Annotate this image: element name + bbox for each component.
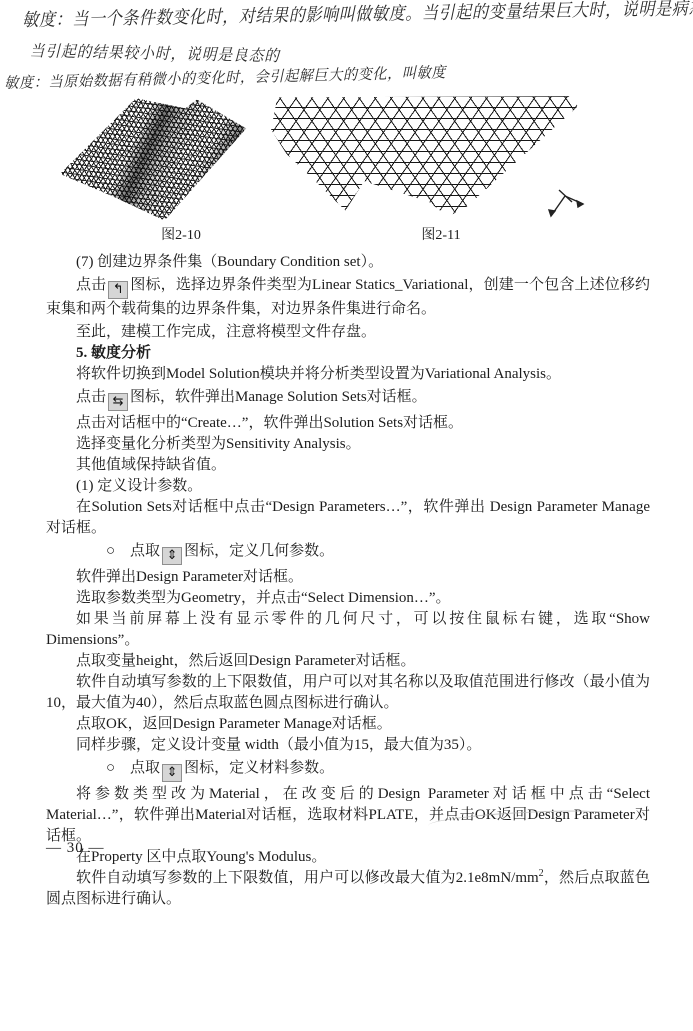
paragraph: ○ 点取⇕图标，定义几何参数。 <box>46 541 650 565</box>
text-run: 将软件切换到Model Solution模块并将分析类型设置为Variation… <box>76 366 561 382</box>
page-number: — 30 — <box>46 840 105 857</box>
text-run: 选择变量化分析类型为Sensitivity Analysis。 <box>76 436 361 452</box>
text-run: ○ 点取 <box>106 543 160 559</box>
paragraph: ○ 点取⇕图标，定义材料参数。 <box>46 758 650 782</box>
text-run: 点击 <box>76 277 106 293</box>
paragraph: (1) 定义设计参数。 <box>46 476 650 497</box>
paragraph: 点击⇆图标，软件弹出Manage Solution Sets对话框。 <box>46 387 650 411</box>
text-run: 图标，选择边界条件类型为Linear Statics_Variational，创… <box>46 277 650 317</box>
text-run: 点取变量height，然后返回Design Parameter对话框。 <box>76 653 416 669</box>
paragraph: 点击对话框中的“Create…”，软件弹出Solution Sets对话框。 <box>46 413 650 434</box>
text-run: 同样步骤，定义设计变量 width（最小值为15，最大值为35）。 <box>76 737 481 753</box>
paragraph: 点取OK，返回Design Parameter Manage对话框。 <box>46 714 650 735</box>
text-run: 在Property 区中点取Young's Modulus。 <box>76 849 326 865</box>
paragraph: 选取参数类型为Geometry，并点击“Select Dimension…”。 <box>46 588 650 609</box>
text-run: (7) 创建边界条件集（Boundary Condition set）。 <box>76 254 383 270</box>
text-run: 选取参数类型为Geometry，并点击“Select Dimension…”。 <box>76 590 451 606</box>
geometry-parameter-icon: ⇕ <box>162 547 182 565</box>
text-run: 点击 <box>76 389 106 405</box>
text-run: 其他值域保持缺省值。 <box>76 457 226 473</box>
boundary-set-icon: ↰ <box>108 281 128 299</box>
text-run: (1) 定义设计参数。 <box>76 478 202 494</box>
paragraph: 至此，建模工作完成，注意将模型文件存盘。 <box>46 322 650 343</box>
text-run: 点击对话框中的“Create…”，软件弹出Solution Sets对话框。 <box>76 415 463 431</box>
manage-solution-sets-icon: ⇆ <box>108 393 128 411</box>
paragraph: 在Property 区中点取Young's Modulus。 <box>46 847 650 868</box>
text-run: 如果当前屏幕上没有显示零件的几何尺寸，可以按住鼠标右键，选取“Show Dime… <box>46 611 650 648</box>
paragraph: 同样步骤，定义设计变量 width（最小值为15，最大值为35）。 <box>46 735 650 756</box>
text-run: ○ 点取 <box>106 760 160 776</box>
paragraph: 其他值域保持缺省值。 <box>46 455 650 476</box>
text-run: 至此，建模工作完成，注意将模型文件存盘。 <box>76 324 376 340</box>
paragraph: 将软件切换到Model Solution模块并将分析类型设置为Variation… <box>46 364 650 385</box>
paragraph: 软件弹出Design Parameter对话框。 <box>46 567 650 588</box>
text-run: 软件自动填写参数的上下限数值，用户可以修改最大值为2.1e8mN/mm <box>76 870 539 886</box>
handwritten-note-line: 当引起的结果较小时，说明是良态的 <box>30 38 281 66</box>
paragraph: 在Solution Sets对话框中点击“Design Parameters…”… <box>46 497 650 539</box>
text-run: 软件自动填写参数的上下限数值，用户可以对其名称以及取值范围进行修改（最小值为10… <box>46 674 650 711</box>
text-run: 图标，定义几何参数。 <box>184 543 334 559</box>
material-parameter-icon: ⇕ <box>162 764 182 782</box>
paragraph: 选择变量化分析类型为Sensitivity Analysis。 <box>46 434 650 455</box>
paragraph: 软件自动填写参数的上下限数值，用户可以修改最大值为2.1e8mN/mm2，然后点… <box>46 868 650 910</box>
text-run: 点取OK，返回Design Parameter Manage对话框。 <box>76 716 392 732</box>
scanned-page: 敏度：当一个条件数变化时，对结果的影响叫做敏度。当引起的变量结果巨大时，说明是病… <box>0 0 693 1031</box>
text-run: 图标，定义材料参数。 <box>184 760 334 776</box>
text-run: 图标，软件弹出Manage Solution Sets对话框。 <box>130 389 427 405</box>
text-run: 软件弹出Design Parameter对话框。 <box>76 569 303 585</box>
paragraph: 软件自动填写参数的上下限数值，用户可以对其名称以及取值范围进行修改（最小值为10… <box>46 672 650 714</box>
axis-triad-icon <box>545 186 587 222</box>
paragraph: (7) 创建边界条件集（Boundary Condition set）。 <box>46 252 650 273</box>
figure-caption: 图2-11 <box>396 224 486 244</box>
text-run: 5. 敏度分析 <box>76 345 151 361</box>
handwritten-note-line: 敏度：当原始数据有稍微小的变化时，会引起解巨大的变化，叫敏度 <box>4 61 446 93</box>
paragraph: 点击↰图标，选择边界条件类型为Linear Statics_Variationa… <box>46 275 650 320</box>
text-run: 在Solution Sets对话框中点击“Design Parameters…”… <box>46 499 650 536</box>
figure-caption: 图2-10 <box>136 224 226 244</box>
paragraph: 点取变量height，然后返回Design Parameter对话框。 <box>46 651 650 672</box>
paragraph: 5. 敏度分析 <box>46 343 650 364</box>
mesh-figure-2-11 <box>268 95 578 218</box>
paragraph: 如果当前屏幕上没有显示零件的几何尺寸，可以按住鼠标右键，选取“Show Dime… <box>46 609 650 651</box>
handwritten-note-line: 敏度：当一个条件数变化时，对结果的影响叫做敏度。当引起的变量结果巨大时，说明是病… <box>22 0 693 32</box>
mesh-figure-2-10 <box>60 97 250 223</box>
